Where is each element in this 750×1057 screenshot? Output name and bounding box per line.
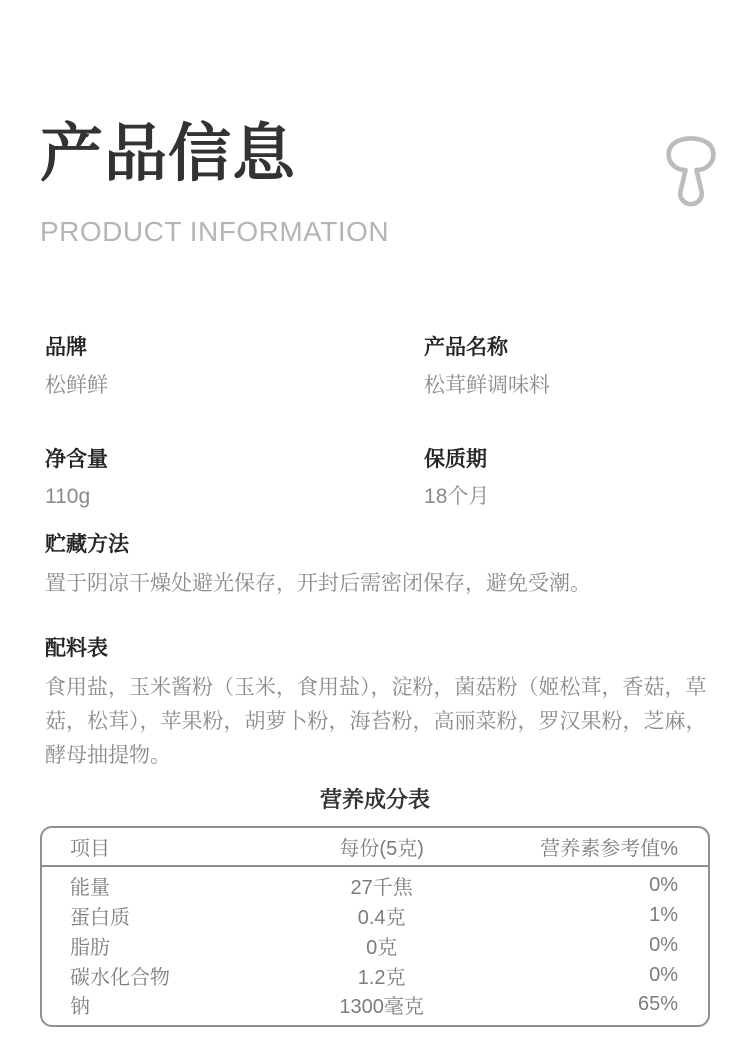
cell-per-serving: 1300毫克: [255, 990, 508, 1025]
cell-nrv: 0%: [508, 866, 708, 900]
page-title: 产品信息: [40, 118, 710, 190]
header-cell-per-serving: 每份(5克): [255, 828, 508, 866]
cell-item: 能量: [42, 866, 255, 900]
shelf-life-value: 18个月: [424, 485, 710, 509]
mushroom-icon: [664, 133, 718, 213]
header-cell-item: 项目: [42, 828, 255, 866]
shelf-life-label: 保质期: [424, 448, 710, 472]
brand-label: 品牌: [45, 336, 424, 360]
ingredients-label: 配料表: [45, 637, 710, 661]
net-content-label: 净含量: [45, 448, 424, 472]
product-info-page: 产品信息 PRODUCT INFORMATION 品牌 松鲜鲜 产品名称 松茸鲜…: [0, 0, 750, 1057]
cell-nrv: 1%: [508, 900, 708, 930]
page-subtitle: PRODUCT INFORMATION: [40, 216, 710, 248]
nutrition-table: 项目 每份(5克) 营养素参考值% 能量 27千焦 0% 蛋白质 0.4克 1%…: [40, 826, 710, 1027]
net-content-value: 110g: [45, 485, 424, 509]
cell-nrv: 0%: [508, 960, 708, 990]
table-row: 碳水化合物 1.2克 0%: [42, 960, 708, 990]
cell-item: 钠: [42, 990, 255, 1025]
table-row: 能量 27千焦 0%: [42, 866, 708, 900]
cell-nrv: 0%: [508, 930, 708, 960]
nutrition-table-title: 营养成分表: [40, 783, 710, 814]
cell-per-serving: 1.2克: [255, 960, 508, 990]
table-row: 脂肪 0克 0%: [42, 930, 708, 960]
cell-per-serving: 0克: [255, 930, 508, 960]
product-name-label: 产品名称: [424, 336, 710, 360]
ingredients-section: 配料表 食用盐，玉米酱粉（玉米，食用盐），淀粉，菌菇粉（姬松茸，香菇，草菇，松茸…: [45, 637, 710, 773]
cell-item: 蛋白质: [42, 900, 255, 930]
storage-label: 贮藏方法: [45, 533, 710, 557]
cell-per-serving: 0.4克: [255, 900, 508, 930]
cell-item: 脂肪: [42, 930, 255, 960]
ingredients-text: 食用盐，玉米酱粉（玉米，食用盐），淀粉，菌菇粉（姬松茸，香菇，草菇，松茸），苹果…: [45, 671, 710, 773]
cell-nrv: 65%: [508, 990, 708, 1025]
storage-section: 贮藏方法 置于阴凉干燥处避光保存，开封后需密闭保存，避免受潮。: [45, 533, 710, 601]
field-shelf-life: 保质期 18个月: [424, 448, 710, 509]
cell-item: 碳水化合物: [42, 960, 255, 990]
table-row: 蛋白质 0.4克 1%: [42, 900, 708, 930]
field-brand: 品牌 松鲜鲜: [45, 336, 424, 397]
table-row: 钠 1300毫克 65%: [42, 990, 708, 1025]
storage-text: 置于阴凉干燥处避光保存，开封后需密闭保存，避免受潮。: [45, 567, 710, 601]
field-product-name: 产品名称 松茸鲜调味料: [424, 336, 710, 397]
field-grid: 品牌 松鲜鲜 产品名称 松茸鲜调味料 净含量 110g 保质期 18个月: [45, 336, 710, 509]
brand-value: 松鲜鲜: [45, 374, 424, 398]
table-header-row: 项目 每份(5克) 营养素参考值%: [42, 828, 708, 866]
header-cell-nrv: 营养素参考值%: [508, 828, 708, 866]
cell-per-serving: 27千焦: [255, 866, 508, 900]
product-name-value: 松茸鲜调味料: [424, 374, 710, 398]
field-net-content: 净含量 110g: [45, 448, 424, 509]
